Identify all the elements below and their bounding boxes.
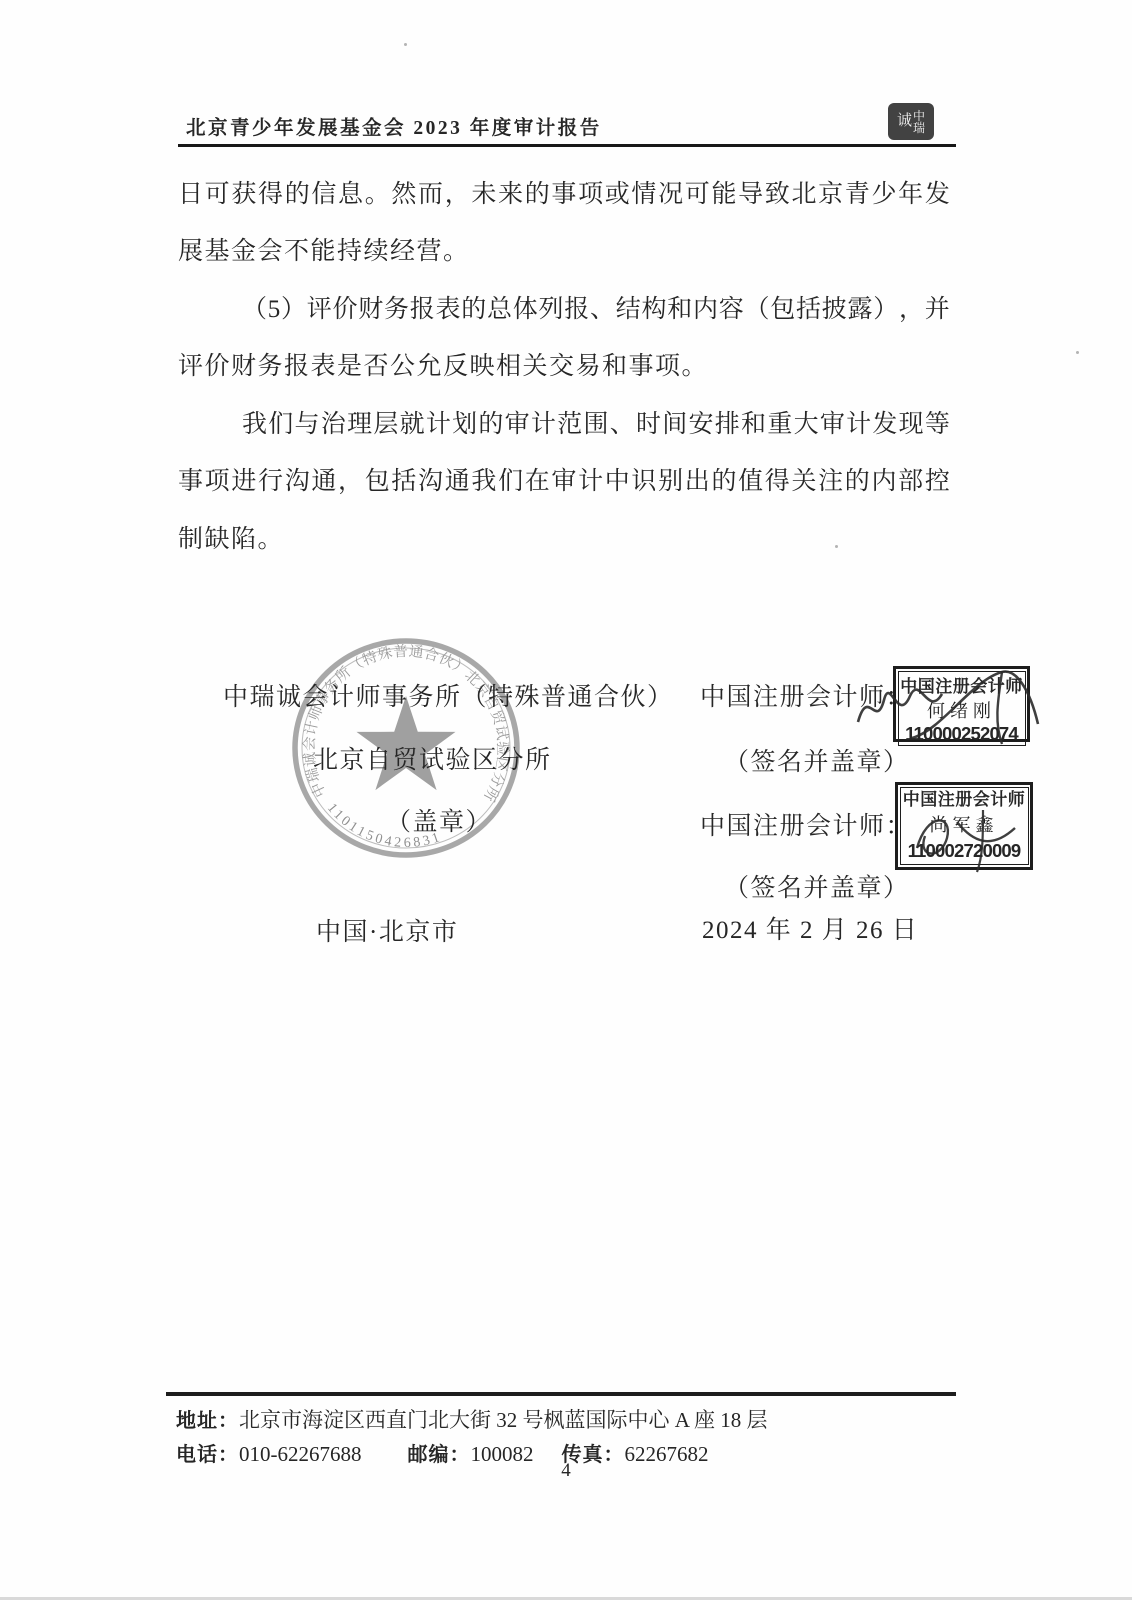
scan-speck [835, 545, 838, 548]
address-label: 地址： [176, 1410, 239, 1432]
cpa-stamp-2-number: 110002720009 [901, 838, 1028, 864]
body-text: 日可获得的信息。然而，未来的事项或情况可能导致北京青少年发 展基金会不能持续经营… [178, 180, 950, 570]
cpa-stamp-2-inner: 中国注册会计师 尚军鑫 110002720009 [900, 787, 1029, 865]
body-line: （5）评价财务报表的总体列报、结构和内容（包括披露），并 [178, 295, 950, 325]
body-line: 日可获得的信息。然而，未来的事项或情况可能导致北京青少年发 [178, 180, 950, 210]
logo-char-zhong: 中 [913, 110, 925, 122]
logo-char-cheng: 诚 [897, 114, 912, 129]
cpa-stamp-1: 中国注册会计师 何绪刚 110000252074 [893, 666, 1030, 742]
logo-left-column: 诚 [897, 114, 912, 129]
zhongruicheng-seal-logo: 中 瑞 诚 [888, 103, 934, 140]
signature-location: 中国·北京市 [316, 918, 458, 948]
cpa-stamp-1-number: 110000252074 [899, 723, 1025, 745]
seal-note: （盖章） [386, 808, 492, 838]
firm-name-line1: 中瑞诚会计师事务所（特殊普通合伙） [223, 683, 674, 713]
body-line: 我们与治理层就计划的审计范围、时间安排和重大审计发现等 [178, 410, 950, 440]
cpa-stamp-2-title: 中国注册会计师 [901, 788, 1028, 812]
cpa-stamp-1-inner: 中国注册会计师 何绪刚 110000252074 [898, 671, 1026, 746]
cpa-stamp-2-name: 尚军鑫 [901, 812, 1028, 838]
body-line: 制缺陷。 [178, 525, 950, 555]
body-line: 评价财务报表是否公允反映相关交易和事项。 [178, 352, 950, 382]
page-number: 4 [0, 1460, 1132, 1482]
cpa-stamp-2: 中国注册会计师 尚军鑫 110002720009 [895, 782, 1033, 870]
footer-address-line: 地址：北京市海淀区西直门北大街 32 号枫蓝国际中心 A 座 18 层 [176, 1404, 768, 1434]
cpa-label-2: 中国注册会计师： [700, 812, 912, 842]
cpa-label-1: 中国注册会计师： [700, 683, 912, 713]
scan-speck [404, 43, 407, 46]
address-value: 北京市海淀区西直门北大街 32 号枫蓝国际中心 A 座 18 层 [239, 1408, 768, 1432]
cpa-stamp-1-title: 中国注册会计师 [899, 672, 1025, 697]
logo-right-column: 中 瑞 [913, 110, 925, 134]
logo-char-rui: 瑞 [913, 122, 925, 134]
footer-rule [166, 1392, 956, 1396]
firm-name-line2: 北京自贸试验区分所 [313, 746, 552, 776]
cpa-stamp-1-name: 何绪刚 [899, 697, 1025, 723]
audit-report-page: 北京青少年发展基金会 2023 年度审计报告 中 瑞 诚 日可获得的信息。然而，… [0, 0, 1132, 1600]
body-line: 事项进行沟通，包括沟通我们在审计中识别出的值得关注的内部控 [178, 467, 950, 497]
header-rule [178, 144, 956, 147]
sign-note-1: （签名并盖章） [724, 748, 910, 778]
body-line: 展基金会不能持续经营。 [178, 237, 950, 267]
header-title: 北京青少年发展基金会 2023 年度审计报告 [186, 112, 602, 140]
scan-speck [1076, 351, 1079, 354]
sign-note-2: （签名并盖章） [724, 874, 910, 904]
signature-date: 2024 年 2 月 26 日 [702, 916, 918, 946]
